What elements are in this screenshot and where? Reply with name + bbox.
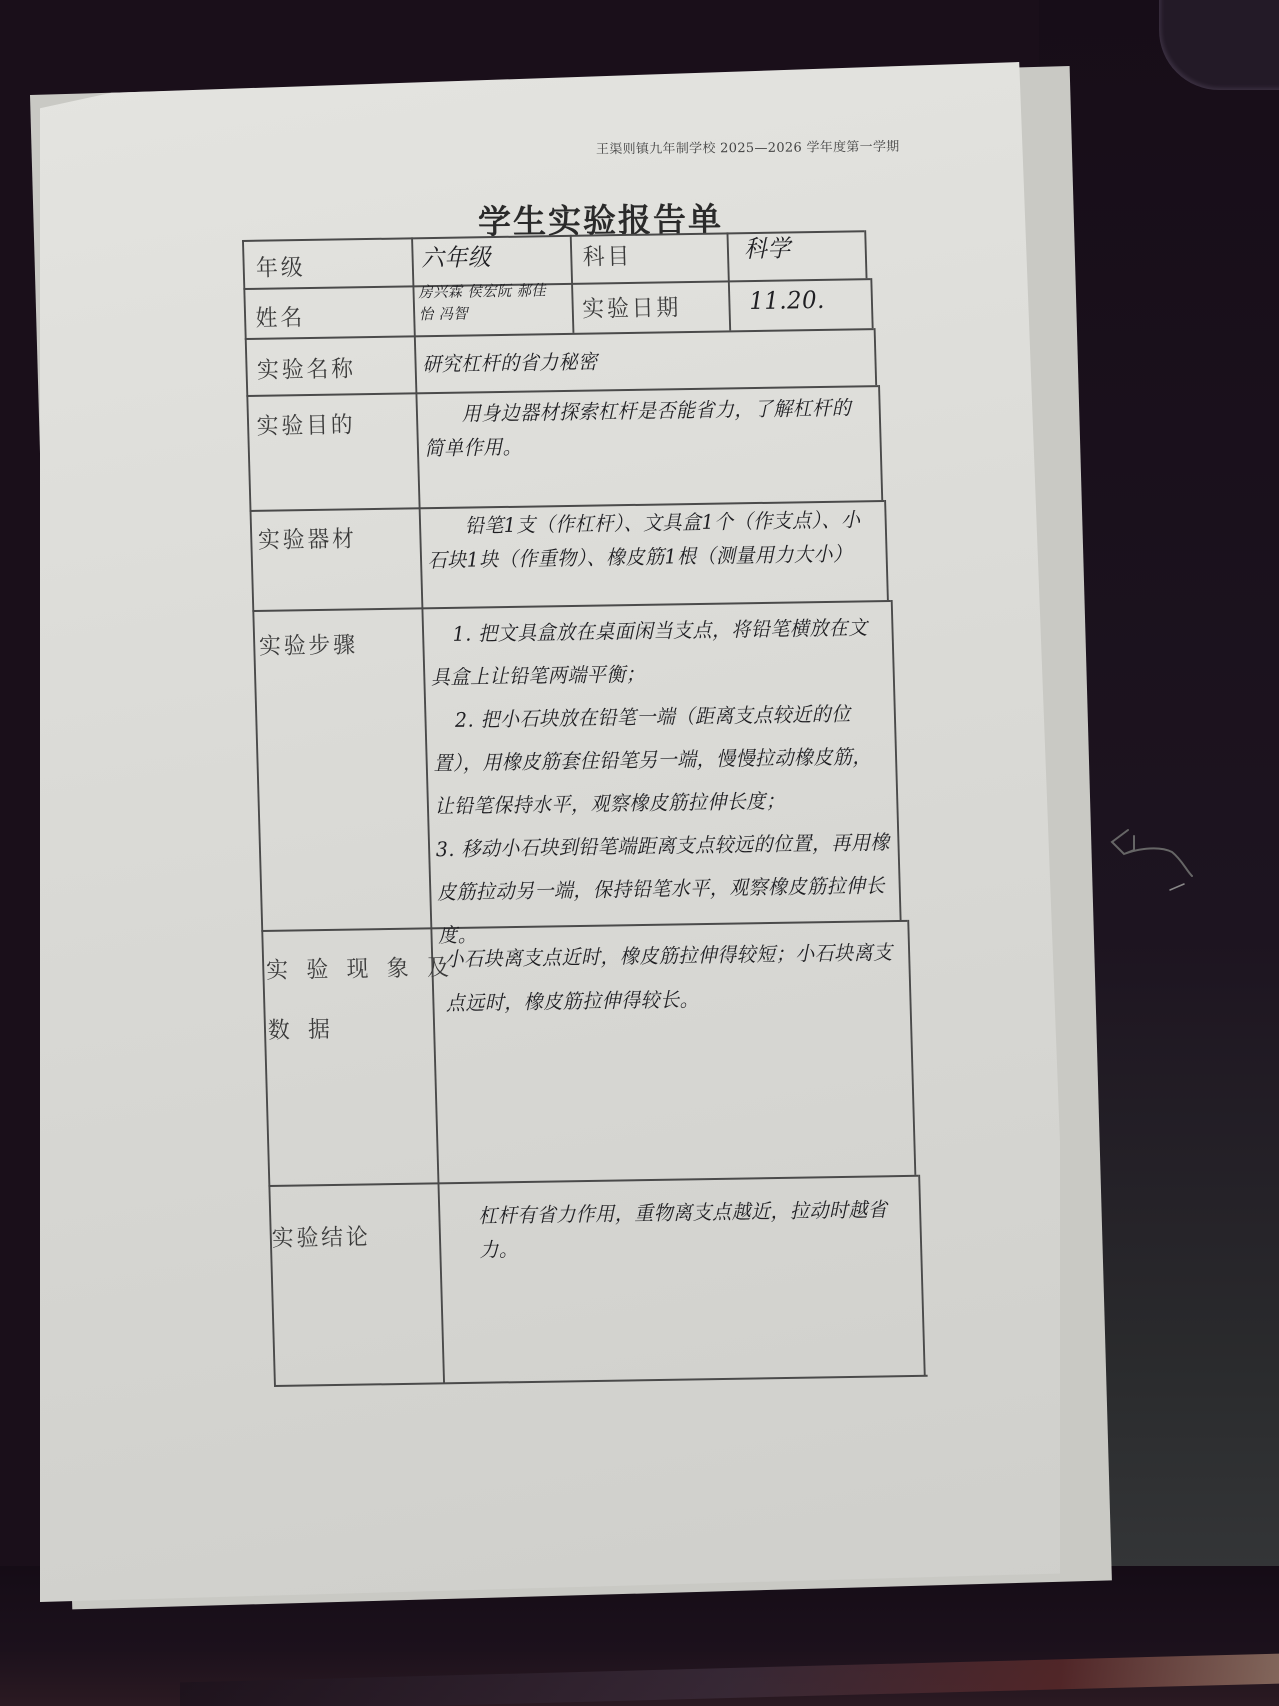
purpose-label: 实验目的 [256,406,356,441]
purpose-value: 用身边器材探索杠杆是否能省力，了解杠杆的简单作用。 [423,390,871,465]
col-border-right [878,385,883,500]
observations-value: 小石块离支点近时，橡皮筋拉伸得较短；小石块离支点远时，橡皮筋拉伸得较长。 [444,930,902,1025]
grade-value: 六年级 [421,240,492,275]
date-label: 实验日期 [582,289,682,324]
observations-label-line2: 数 据 [267,1011,336,1045]
grade-label: 年级 [256,249,306,283]
materials-value: 铅笔1支（作杠杆）、文具盒1个（作支点）、小石块1块（作重物）、橡皮筋1根（测量… [426,502,879,577]
school-term-line: 王渠则镇九年制学校 2025—2026 学年度第一学期 [596,136,900,158]
date-value: 11.20. [749,283,825,318]
margin-arrow-scribble-icon [1100,826,1200,896]
row-border [245,328,874,339]
col-border-right [907,920,916,1175]
name-label: 姓名 [255,299,305,333]
subject-label: 科目 [582,238,632,272]
student-names-line2: 怡 冯智 [419,302,469,325]
conclusion-value: 杠杆有省力作用，重物离支点越近，拉动时越省力。 [478,1192,926,1267]
observations-label-line1: 实 验 现 象 及 [266,949,455,985]
conclusion-label: 实验结论 [271,1218,371,1253]
steps-list: 1. 把文具盒放在桌面闲当支点，将铅笔横放在文具盒上让铅笔两端平衡； 2. 把小… [429,606,895,957]
col-border-right [874,328,877,385]
row-border [268,1175,918,1187]
step-item: 2. 把小石块放在铅笔一端（距离支点较近的位置），用橡皮筋套住铅笔另一端，慢慢拉… [432,692,892,828]
experiment-name-value: 研究杠杆的省力秘密 [422,344,598,381]
student-names-line1: 房兴霖 侯宏阮 郝佳 [418,279,546,303]
experiment-name-label: 实验名称 [257,350,357,385]
report-form-table: 年级 六年级 科目 科学 姓名 房兴霖 侯宏阮 郝佳 怡 冯智 实验日期 11.… [242,229,959,1420]
step-item: 1. 把文具盒放在桌面闲当支点，将铅笔横放在文具盒上让铅笔两端平衡； [429,606,887,699]
materials-label: 实验器材 [257,520,357,555]
row-border [274,1375,928,1387]
col-border-right [864,230,867,278]
steps-label: 实验步骤 [259,626,359,661]
subject-value: 科学 [744,231,791,266]
col-border-right [884,500,888,600]
col-border-right [870,278,873,328]
